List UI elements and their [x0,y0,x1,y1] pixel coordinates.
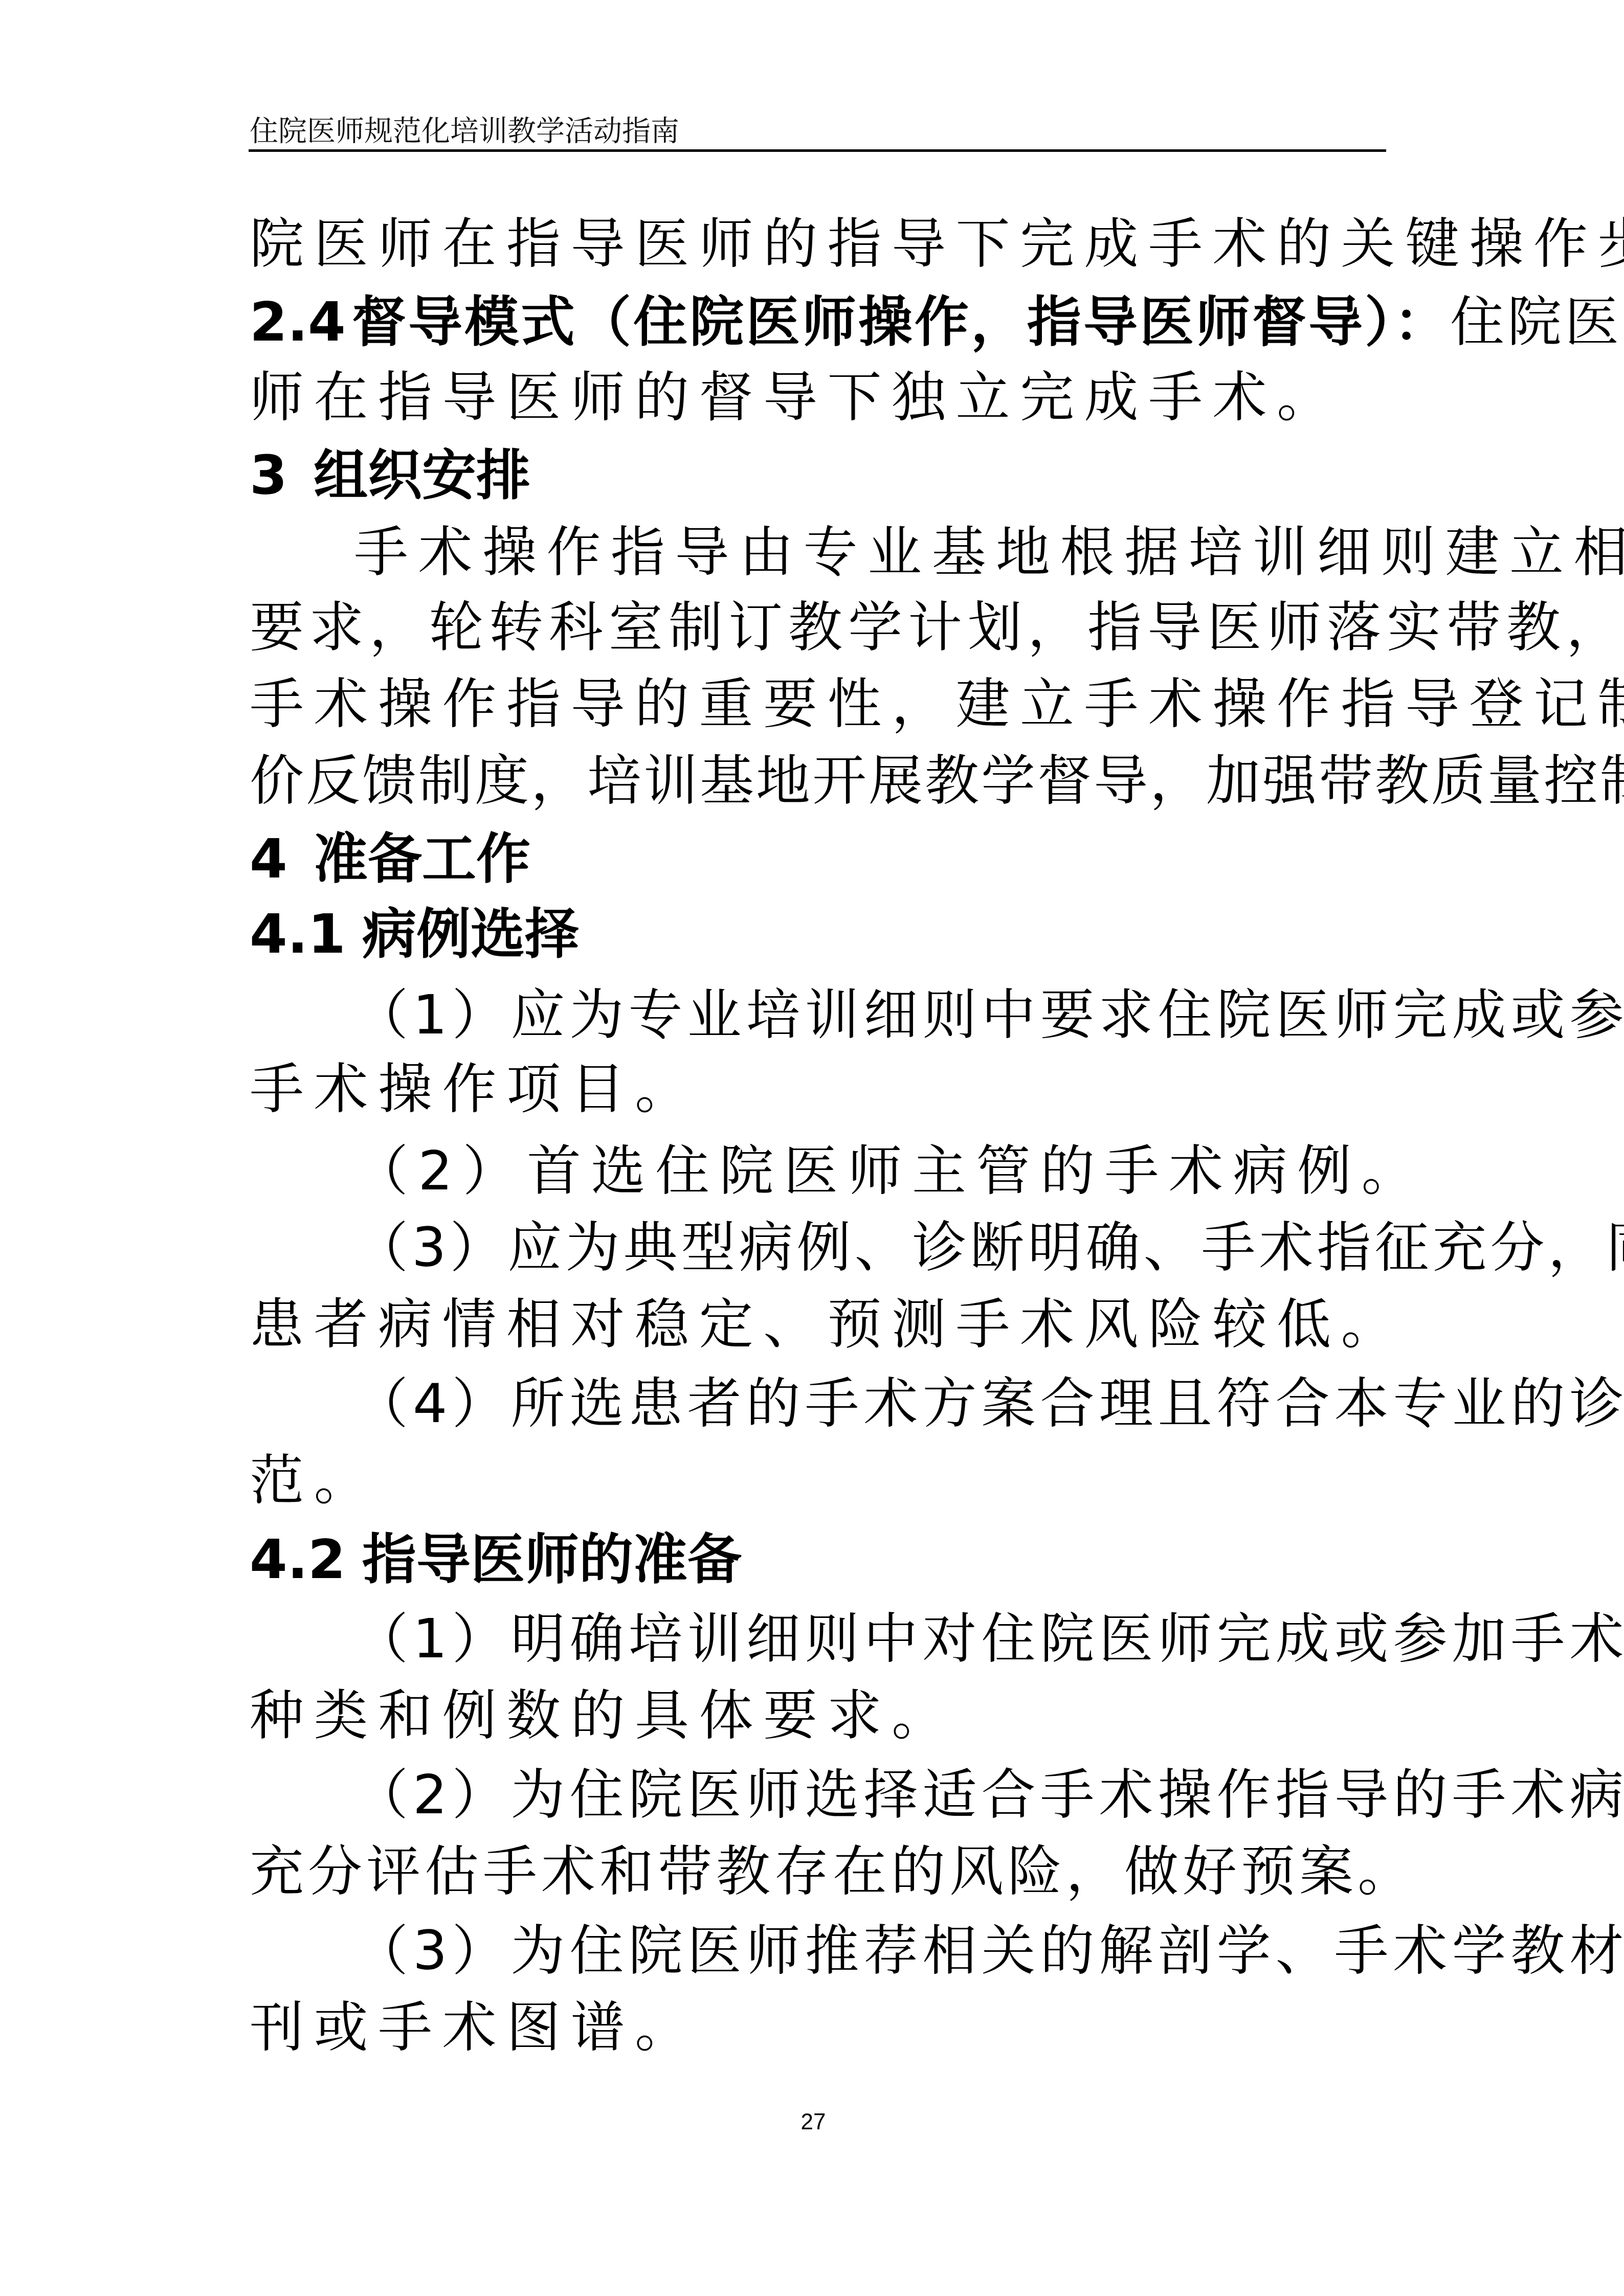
list-item-continuation: 充分评估手术和带教存在的风险，做好预案。 [250,1838,1386,1905]
section-2-4-number: 2.4 [250,289,352,355]
section-3-paragraph-line: 手术操作指导由专业基地根据培训细则建立相关制度 [354,519,1386,586]
header-divider [249,149,1386,152]
section-4-1-heading: 4.1病例选择 [250,901,1386,967]
list-item: （1）明确培训细则中对住院医师完成或参加手术操作 [354,1606,1386,1672]
running-header-title: 住院医师规范化培训教学活动指南 [250,114,679,149]
list-item: （2）为住院医师选择适合手术操作指导的手术病例， [354,1762,1386,1828]
section-4-1-number: 4.1 [250,901,362,967]
section-4-2-number: 4.2 [250,1526,362,1593]
list-item-continuation: 刊或手术图谱。 [250,1994,1386,2061]
list-item: （2）首选住院医师主管的手术病例。 [354,1138,1386,1204]
section-3-paragraph-line: 要求，轮转科室制订教学计划，指导医师落实带教，明确 [250,594,1386,661]
section-2-4-text: 师在指导医师的督导下独立完成手术。 [250,364,1386,431]
document-page: 住院医师规范化培训教学活动指南 院医师在指导医师的指导下完成手术的关键操作步骤。… [0,0,1624,2296]
section-4-heading: 4准备工作 [250,826,1386,892]
section-4-2-heading: 4.2指导医师的准备 [250,1526,1386,1593]
section-3-title: 组织安排 [314,444,530,507]
list-item-continuation: 手术操作项目。 [250,1056,1386,1122]
list-item-continuation: 种类和例数的具体要求。 [250,1682,1386,1749]
section-2-4-line: 2.4督导模式（住院医师操作，指导医师督导）：住院医 [250,289,1386,355]
page-number: 27 [788,2107,839,2137]
list-item: （3）应为典型病例、诊断明确、手术指征充分，同时 [354,1214,1386,1281]
list-item: （3）为住院医师推荐相关的解剖学、手术学教材、书 [354,1918,1386,1984]
list-item-continuation: 范。 [250,1447,1386,1514]
section-3-paragraph-line: 手术操作指导的重要性，建立手术操作指导登记制度及评 [250,671,1386,737]
list-item: （1）应为专业培训细则中要求住院医师完成或参加的 [354,982,1386,1048]
list-item: （4）所选患者的手术方案合理且符合本专业的诊疗规 [354,1370,1386,1437]
section-4-1-title: 病例选择 [362,903,579,965]
section-2-4-text-tail: 住院医 [1450,290,1622,353]
list-item-continuation: 患者病情相对稳定、预测手术风险较低。 [250,1291,1386,1358]
section-3-heading: 3组织安排 [250,442,1386,509]
section-3-number: 3 [250,442,314,509]
section-4-title: 准备工作 [314,827,530,890]
section-2-4-title: 督导模式（住院医师操作，指导医师督导）： [352,290,1450,353]
section-4-number: 4 [250,826,314,892]
section-3-paragraph-line: 价反馈制度，培训基地开展教学督导，加强带教质量控制。 [250,748,1386,814]
section-4-2-title: 指导医师的准备 [362,1528,742,1591]
continuation-line: 院医师在指导医师的指导下完成手术的关键操作步骤。 [250,211,1386,277]
